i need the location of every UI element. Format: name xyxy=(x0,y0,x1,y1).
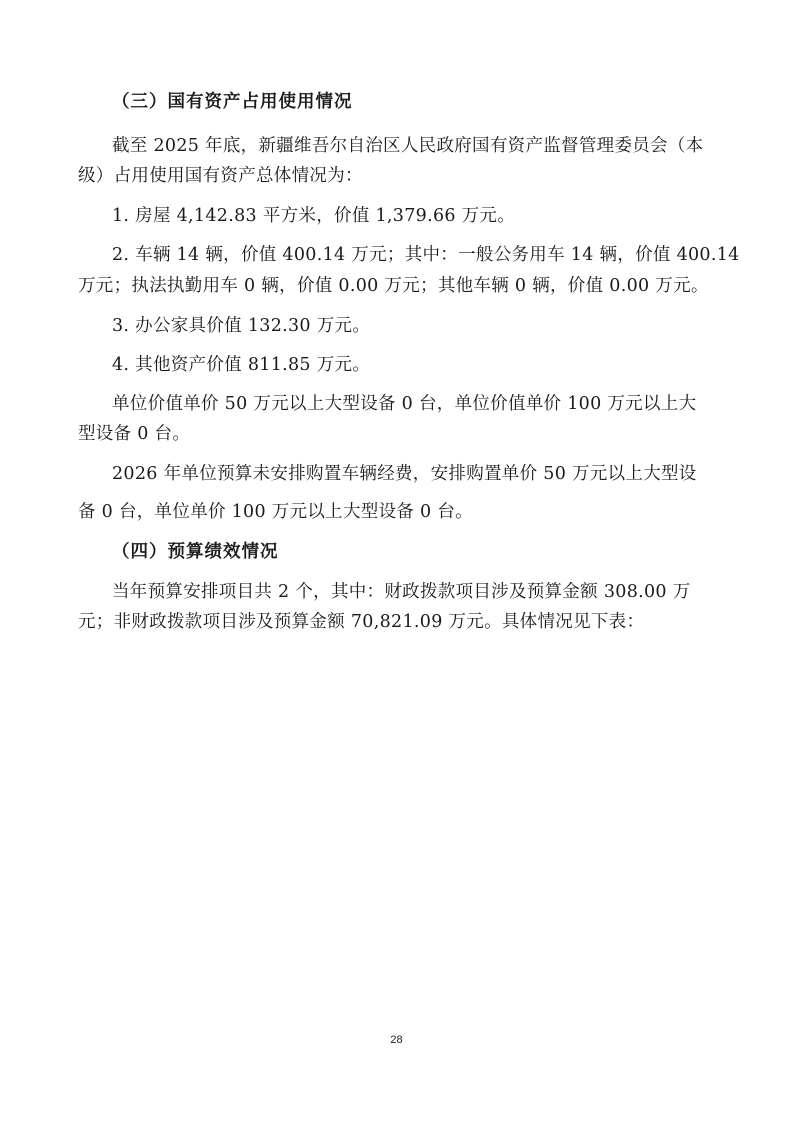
paragraph-intro-line1: 截至 2025 年底，新疆维吾尔自治区人民政府国有资产监督管理委员会（本 xyxy=(112,134,703,158)
paragraph-plan-line2: 备 0 台，单位单价 100 万元以上大型设备 0 台。 xyxy=(78,500,473,524)
section-heading-performance: （四）预算绩效情况 xyxy=(112,540,279,564)
list-item-vehicles-line1: 2. 车辆 14 辆，价值 400.14 万元；其中：一般公务用车 14 辆，价… xyxy=(112,243,740,267)
paragraph-performance-line1: 当年预算安排项目共 2 个，其中：财政拨款项目涉及预算金额 308.00 万 xyxy=(112,580,691,604)
page-number: 28 xyxy=(0,1034,793,1046)
section-heading-assets: （三）国有资产占用使用情况 xyxy=(112,90,353,114)
list-item-buildings: 1. 房屋 4,142.83 平方米，价值 1,379.66 万元。 xyxy=(112,204,515,228)
paragraph-performance-line2: 元；非财政拨款项目涉及预算金额 70,821.09 万元。具体情况见下表： xyxy=(78,610,644,634)
paragraph-equipment-line1: 单位价值单价 50 万元以上大型设备 0 台，单位价值单价 100 万元以上大 xyxy=(112,392,696,416)
document-page: （三）国有资产占用使用情况 截至 2025 年底，新疆维吾尔自治区人民政府国有资… xyxy=(0,0,793,1122)
paragraph-intro-line2: 级）占用使用国有资产总体情况为： xyxy=(78,164,363,188)
list-item-furniture: 3. 办公家具价值 132.30 万元。 xyxy=(112,314,370,338)
list-item-vehicles-line2: 万元；执法执勤用车 0 辆，价值 0.00 万元；其他车辆 0 辆，价值 0.0… xyxy=(78,274,709,298)
paragraph-equipment-line2: 型设备 0 台。 xyxy=(78,422,190,446)
paragraph-plan-line1: 2026 年单位预算未安排购置车辆经费，安排购置单价 50 万元以上大型设 xyxy=(112,462,697,486)
list-item-other-assets: 4. 其他资产价值 811.85 万元。 xyxy=(112,353,370,377)
